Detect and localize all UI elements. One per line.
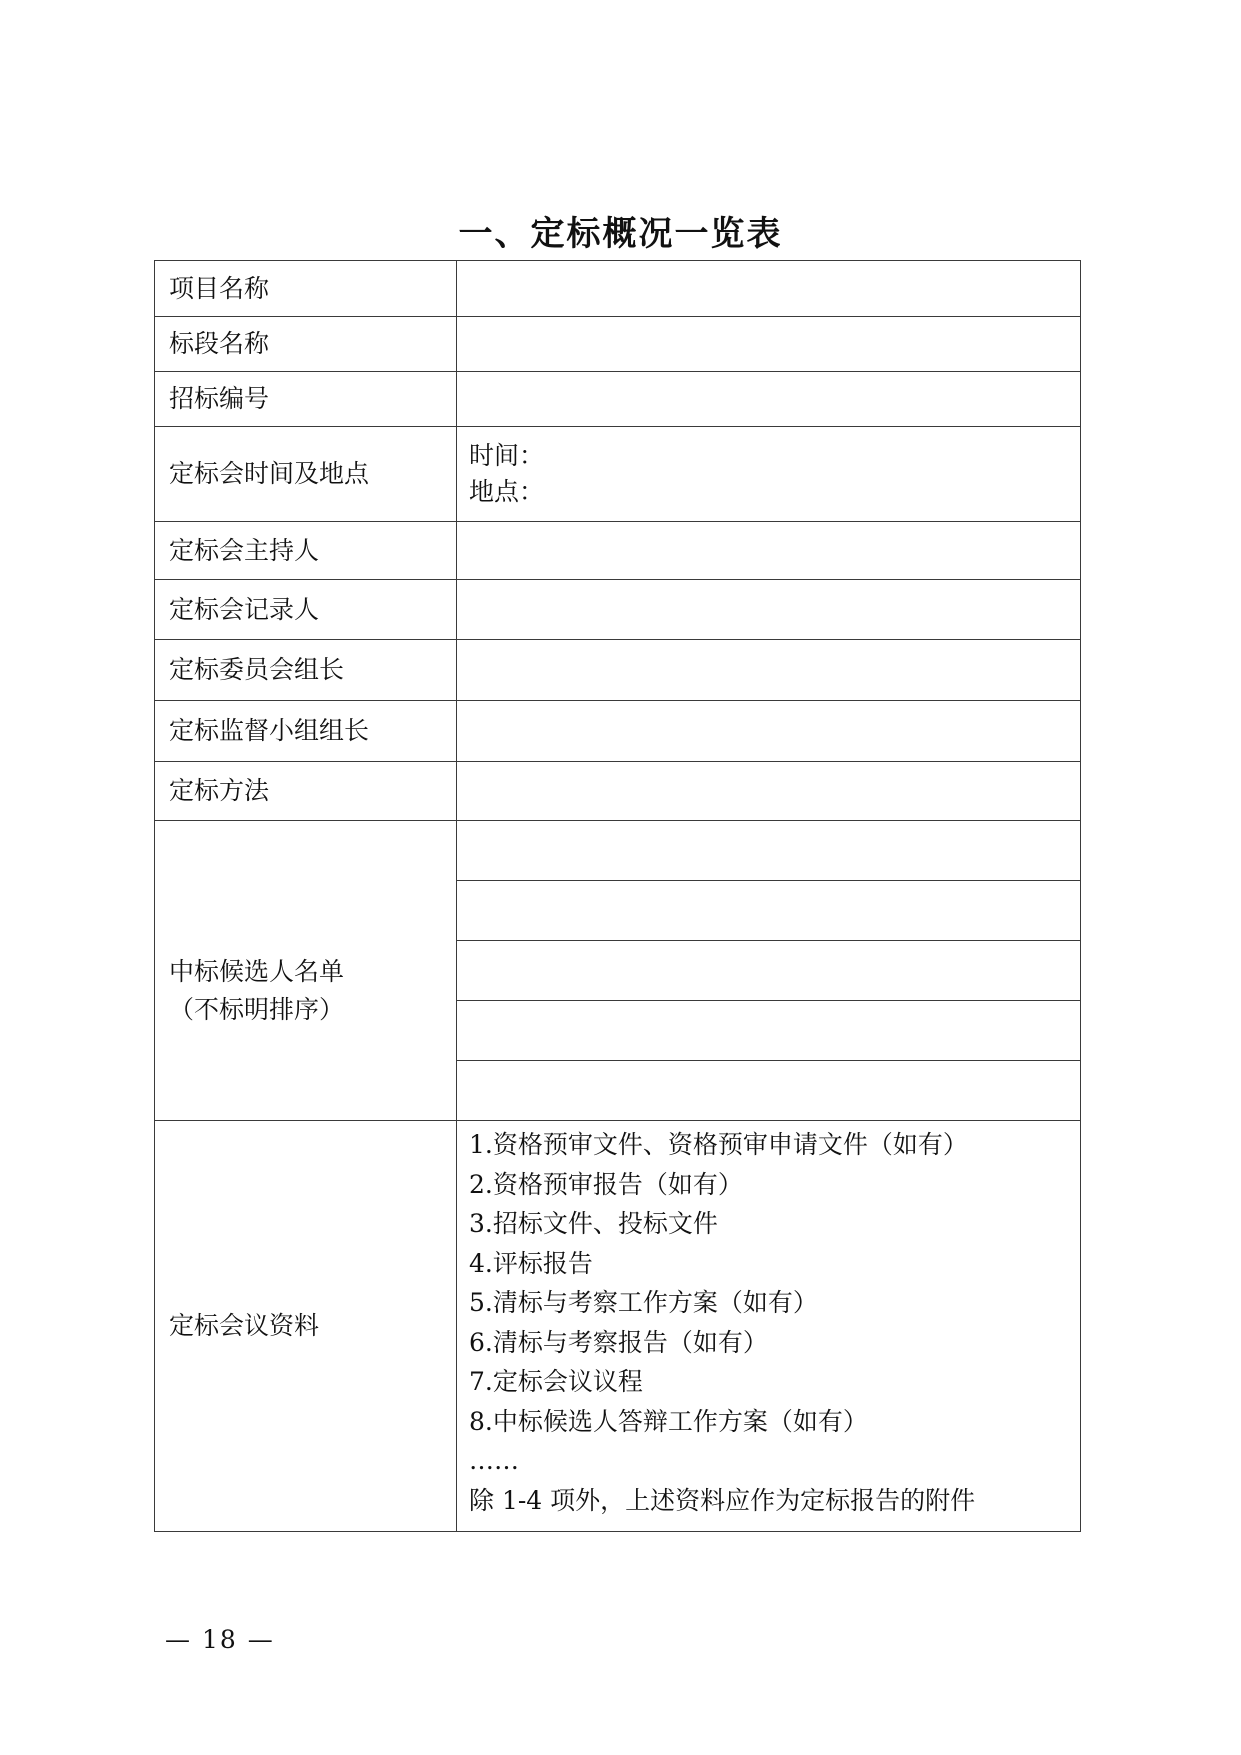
table-row-materials: 定标会议资料 1.资格预审文件、资格预审申请文件（如有） 2.资格预审报告（如有… <box>155 1121 1081 1532</box>
table-row-project-name: 项目名称 <box>155 261 1081 317</box>
tender-code-value[interactable] <box>457 372 1081 427</box>
supervision-leader-value[interactable] <box>457 701 1081 762</box>
lot-name-value[interactable] <box>457 317 1081 372</box>
host-label: 定标会主持人 <box>155 522 457 580</box>
materials-item: 4.评标报告 <box>469 1244 1080 1284</box>
candidates-label: 中标候选人名单 （不标明排序） <box>155 821 457 1121</box>
page-number: — 18 — <box>165 1625 275 1654</box>
table-row-lot-name: 标段名称 <box>155 317 1081 372</box>
candidate-entry-5[interactable] <box>457 1061 1081 1121</box>
materials-item: 2.资格预审报告（如有） <box>469 1165 1080 1205</box>
table-row-host: 定标会主持人 <box>155 522 1081 580</box>
recorder-label: 定标会记录人 <box>155 580 457 640</box>
page-title: 一、定标概况一览表 <box>0 212 1241 256</box>
candidate-entry-3[interactable] <box>457 941 1081 1001</box>
meeting-place-label: 地点： <box>469 474 1080 510</box>
method-label: 定标方法 <box>155 762 457 821</box>
table-row-candidate: 中标候选人名单 （不标明排序） <box>155 821 1081 881</box>
materials-ellipsis: …… <box>469 1441 1080 1481</box>
committee-leader-label: 定标委员会组长 <box>155 640 457 701</box>
meeting-time-place-label: 定标会时间及地点 <box>155 427 457 522</box>
table-row-meeting-time-place: 定标会时间及地点 时间： 地点： <box>155 427 1081 522</box>
host-value[interactable] <box>457 522 1081 580</box>
table-row-committee-leader: 定标委员会组长 <box>155 640 1081 701</box>
materials-item: 7.定标会议议程 <box>469 1362 1080 1402</box>
table-row-recorder: 定标会记录人 <box>155 580 1081 640</box>
method-value[interactable] <box>457 762 1081 821</box>
materials-item: 5.清标与考察工作方案（如有） <box>469 1283 1080 1323</box>
materials-label: 定标会议资料 <box>155 1121 457 1532</box>
recorder-value[interactable] <box>457 580 1081 640</box>
meeting-time-place-value[interactable]: 时间： 地点： <box>457 427 1081 522</box>
project-name-label: 项目名称 <box>155 261 457 317</box>
candidates-label-line2: （不标明排序） <box>169 991 456 1029</box>
supervision-leader-label: 定标监督小组组长 <box>155 701 457 762</box>
materials-list: 1.资格预审文件、资格预审申请文件（如有） 2.资格预审报告（如有） 3.招标文… <box>457 1121 1081 1532</box>
candidate-entry-4[interactable] <box>457 1001 1081 1061</box>
table-row-tender-code: 招标编号 <box>155 372 1081 427</box>
tender-code-label: 招标编号 <box>155 372 457 427</box>
project-name-value[interactable] <box>457 261 1081 317</box>
materials-item: 8.中标候选人答辩工作方案（如有） <box>469 1402 1080 1442</box>
meeting-time-label: 时间： <box>469 438 1080 474</box>
materials-item: 6.清标与考察报告（如有） <box>469 1323 1080 1363</box>
bid-summary-table: 项目名称 标段名称 招标编号 定标会时间及地点 时间： 地点： 定标会主持人 定… <box>154 260 1081 1532</box>
candidate-entry-1[interactable] <box>457 821 1081 881</box>
materials-item: 1.资格预审文件、资格预审申请文件（如有） <box>469 1125 1080 1165</box>
lot-name-label: 标段名称 <box>155 317 457 372</box>
materials-item: 3.招标文件、投标文件 <box>469 1204 1080 1244</box>
table-row-supervision-leader: 定标监督小组组长 <box>155 701 1081 762</box>
candidates-label-line1: 中标候选人名单 <box>169 953 456 991</box>
committee-leader-value[interactable] <box>457 640 1081 701</box>
table-row-method: 定标方法 <box>155 762 1081 821</box>
candidate-entry-2[interactable] <box>457 881 1081 941</box>
materials-note: 除 1-4 项外，上述资料应作为定标报告的附件 <box>469 1481 1080 1521</box>
